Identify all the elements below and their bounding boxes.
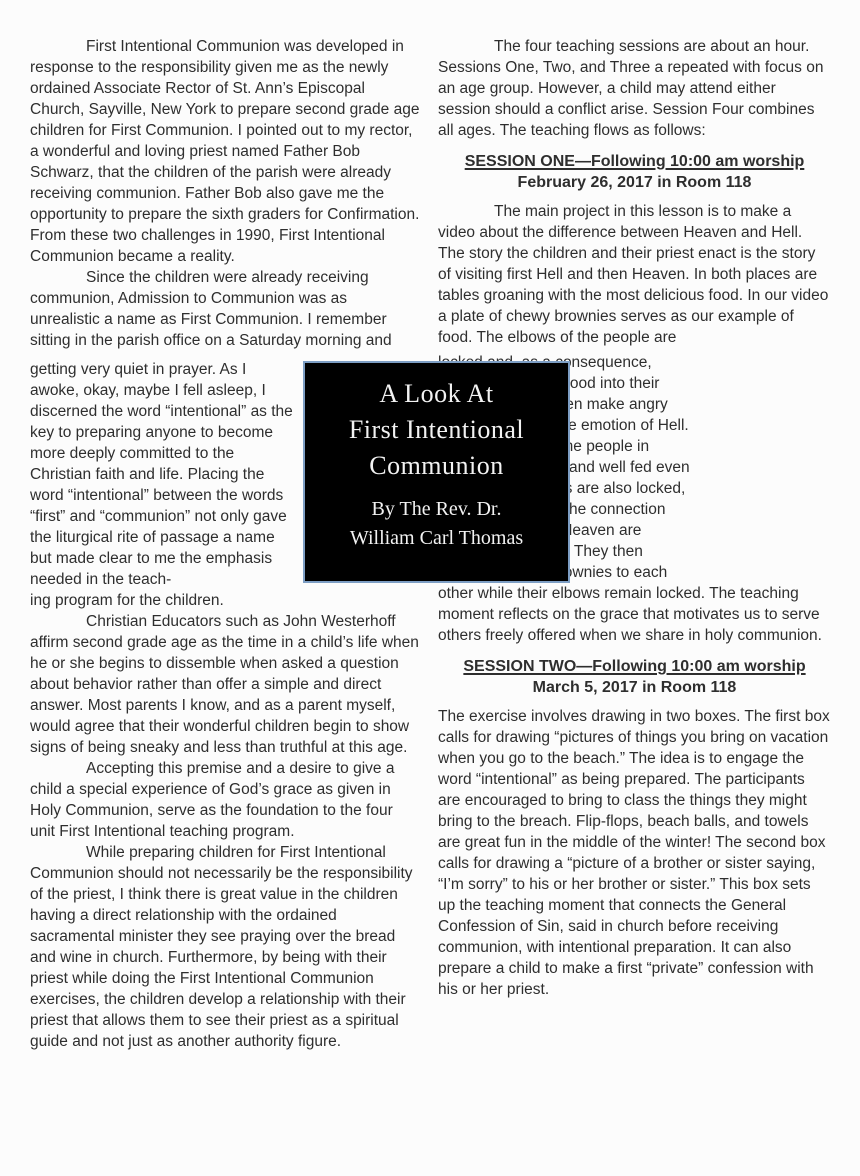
paragraph: other while their elbows remain locked. … bbox=[438, 583, 831, 646]
title-box: A Look At First Intentional Communion By… bbox=[303, 361, 570, 583]
paragraph: Accepting this premise and a desire to g… bbox=[30, 758, 421, 842]
article-title: A Look At First Intentional Communion bbox=[305, 376, 568, 484]
paragraph: The four teaching sessions are about an … bbox=[438, 36, 831, 141]
byline-line: William Carl Thomas bbox=[305, 524, 568, 553]
title-line: A Look At bbox=[305, 376, 568, 412]
paragraph-wrap-around-title-box: getting very quiet in prayer. As I awoke… bbox=[30, 359, 295, 590]
paragraph: First Intentional Communion was develope… bbox=[30, 36, 421, 267]
byline-line: By The Rev. Dr. bbox=[305, 495, 568, 524]
paragraph: Christian Educators such as John Westerh… bbox=[30, 611, 421, 758]
document-page: First Intentional Communion was develope… bbox=[0, 0, 860, 1176]
title-line: Communion bbox=[305, 448, 568, 484]
session-one-heading: SESSION ONE—Following 10:00 am worship bbox=[438, 151, 831, 172]
paragraph: Since the children were already receivin… bbox=[30, 267, 421, 351]
paragraph: The exercise involves drawing in two box… bbox=[438, 706, 831, 1000]
paragraph: While preparing children for First Inten… bbox=[30, 842, 421, 1052]
session-two-heading-text: SESSION TWO—Following 10:00 am worship bbox=[463, 658, 805, 675]
paragraph: The main project in this lesson is to ma… bbox=[438, 201, 831, 348]
paragraph: ing program for the children. bbox=[30, 590, 421, 611]
title-line: First Intentional bbox=[305, 412, 568, 448]
session-two-heading: SESSION TWO—Following 10:00 am worship bbox=[438, 656, 831, 677]
session-two-date: March 5, 2017 in Room 118 bbox=[438, 677, 831, 698]
article-byline: By The Rev. Dr. William Carl Thomas bbox=[305, 495, 568, 553]
session-one-heading-text: SESSION ONE—Following 10:00 am worship bbox=[465, 153, 805, 170]
session-one-date: February 26, 2017 in Room 118 bbox=[438, 172, 831, 193]
